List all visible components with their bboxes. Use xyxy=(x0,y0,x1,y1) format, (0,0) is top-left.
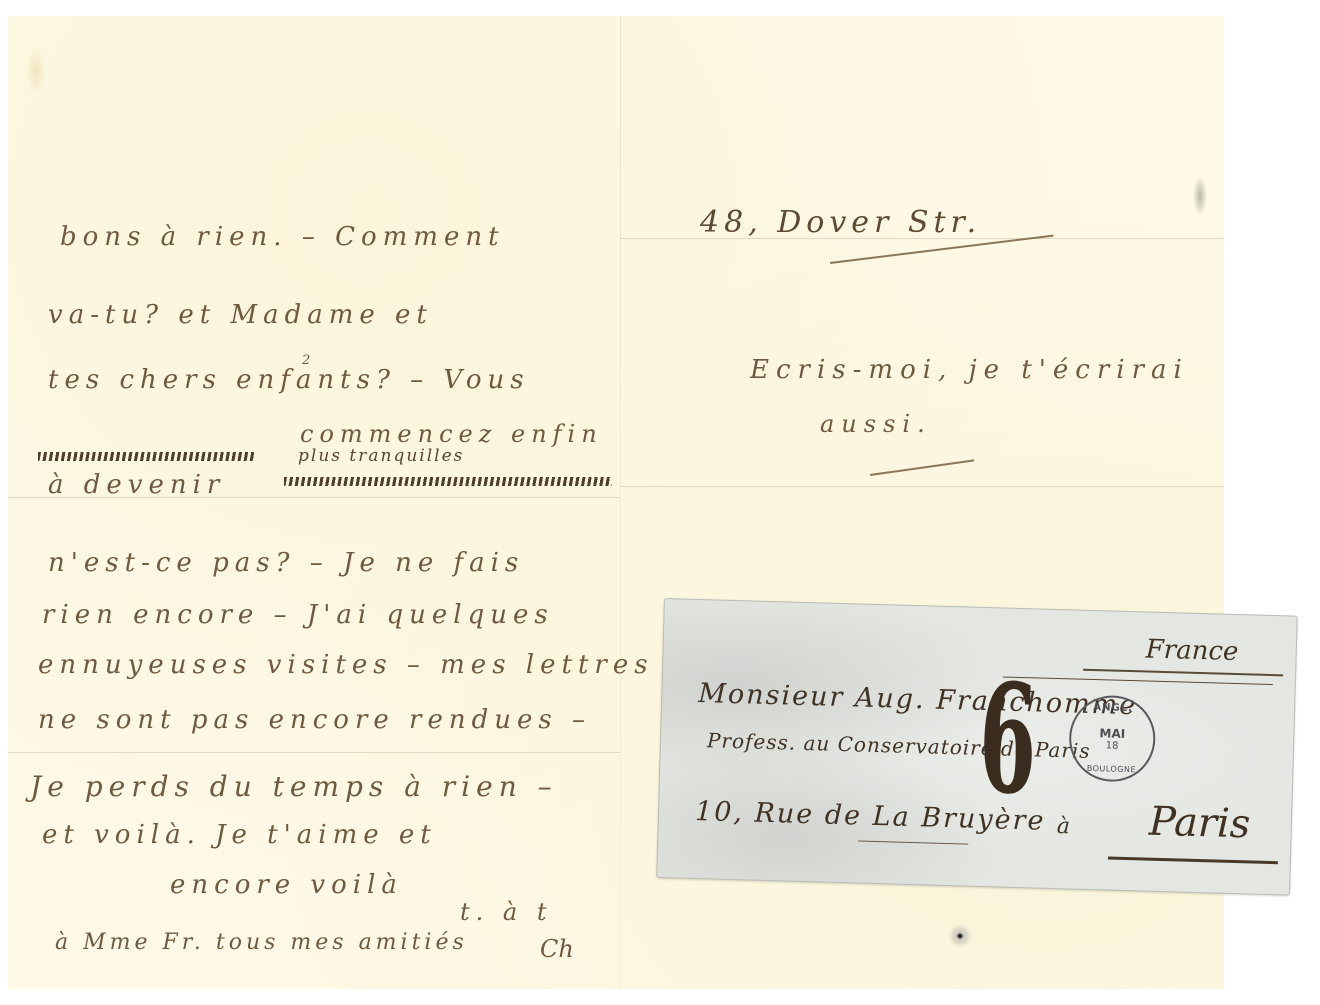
signature: t. à t xyxy=(460,898,552,926)
letter-line: encore voilà xyxy=(170,870,403,900)
struck-text: xxxxxxxxxxxxxx xyxy=(42,443,252,471)
sender-address: 48, Dover Str. xyxy=(700,205,981,240)
ink-spot xyxy=(948,924,972,948)
recipient-name: Monsieur Aug. Franchomme xyxy=(698,678,1138,721)
rule xyxy=(1003,676,1273,685)
footnote-marker: 2 xyxy=(302,353,316,368)
postscript-line: aussi. xyxy=(820,410,932,438)
postmark-month: MAI xyxy=(1071,726,1153,740)
letter-line: tes chers enfants? – Vous xyxy=(48,365,530,395)
letter-line: va-tu? et Madame et xyxy=(48,300,433,330)
country-label: France xyxy=(1145,634,1238,667)
insertion-text: plus tranquilles xyxy=(298,446,464,466)
postmark-origin: ANGL. xyxy=(1072,702,1154,714)
postage-due-mark: 6 xyxy=(977,664,1039,816)
city-underline xyxy=(1108,856,1278,864)
letter-line: Je perds du temps à rien – xyxy=(30,770,558,803)
letter-line: à Mme Fr. tous mes amitiés xyxy=(55,930,468,955)
letter-line: ennuyeuses visites – mes lettres xyxy=(38,650,654,680)
stain xyxy=(1193,176,1207,216)
postmark-day: 18 xyxy=(1071,740,1153,752)
postmark-office: BOULOGNE xyxy=(1070,764,1152,774)
fold-line xyxy=(8,752,620,753)
center-fold xyxy=(620,16,621,989)
rule xyxy=(858,841,968,845)
postscript-line: Ecris-moi, je t'écrirai xyxy=(750,355,1189,385)
rule xyxy=(1083,669,1283,676)
letter-line: n'est-ce pas? – Je ne fais xyxy=(48,548,524,578)
struck-text: xxxxxxxxxxxxxxxxxxxxxx xyxy=(288,468,608,496)
letter-line: commencez enfin xyxy=(300,420,603,448)
envelope: France Monsieur Aug. Franchomme Profess.… xyxy=(656,598,1298,896)
letter-line: rien encore – J'ai quelques xyxy=(42,600,554,630)
letter-line: ne sont pas encore rendues – xyxy=(38,705,591,735)
recipient-city: Paris xyxy=(1148,799,1251,848)
letter-line: bons à rien. – Comment xyxy=(60,222,505,252)
fold-line xyxy=(620,486,1224,487)
signature-initial: Ch xyxy=(540,935,574,963)
letter-line: à devenir xyxy=(48,470,225,500)
letter-line: et voilà. Je t'aime et xyxy=(42,820,437,850)
recipient-preposition: à xyxy=(1056,814,1070,839)
stain xyxy=(26,46,46,96)
postmark-stamp: ANGL. MAI 18 BOULOGNE xyxy=(1068,694,1156,782)
